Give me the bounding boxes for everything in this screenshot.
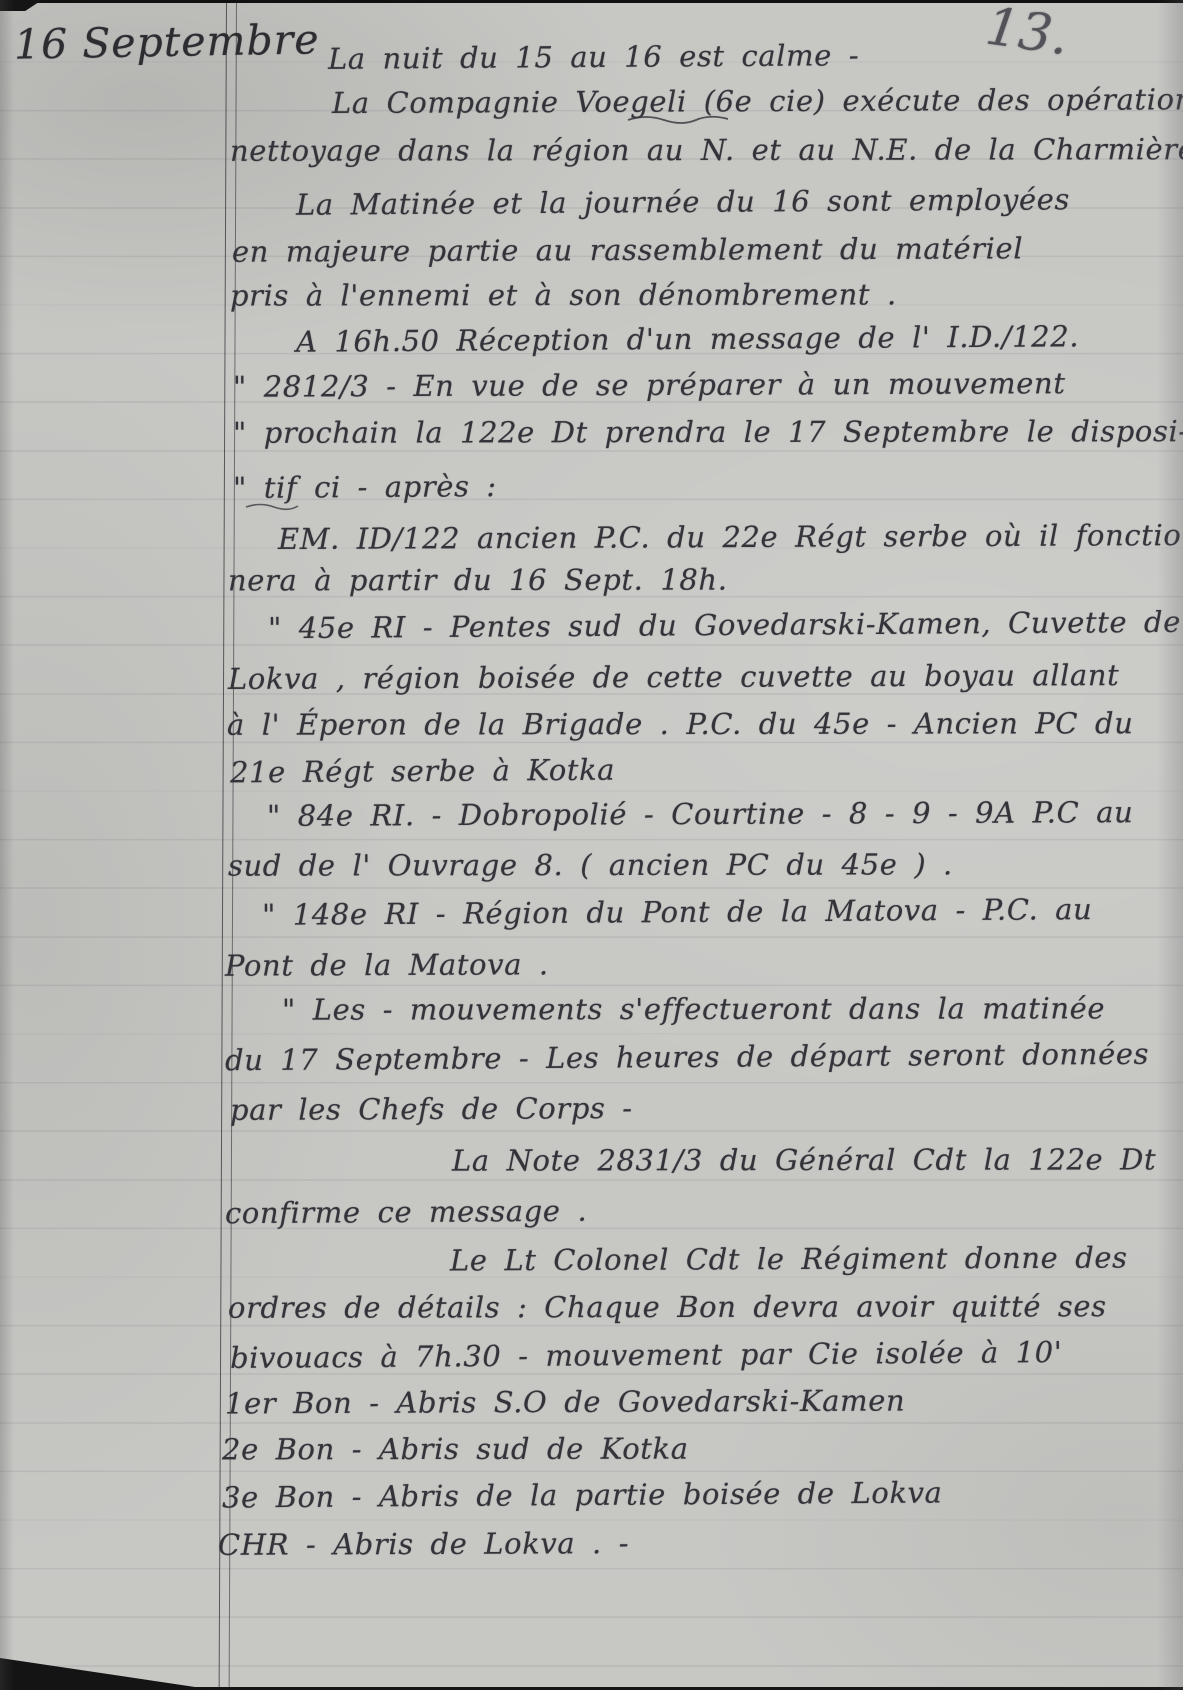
- handwritten-line: 1er Bon - Abris S.O de Govedarski-Kamen: [225, 1384, 905, 1421]
- squiggle-underline: [626, 112, 730, 126]
- handwritten-line: à l' Éperon de la Brigade . P.C. du 45e …: [227, 706, 1134, 742]
- handwritten-line: par les Chefs de Corps -: [230, 1091, 633, 1127]
- handwritten-line: " prochain la 122e Dt prendra le 17 Sept…: [233, 414, 1183, 450]
- handwritten-line: ordres de détails : Chaque Bon devra avo…: [228, 1289, 1107, 1325]
- handwritten-line: Lokva , région boisée de cette cuvette a…: [228, 658, 1120, 696]
- handwritten-line: 2e Bon - Abris sud de Kotka: [222, 1432, 689, 1467]
- handwritten-line: bivouacs à 7h.30 - mouvement par Cie iso…: [230, 1335, 1063, 1375]
- handwritten-line: " 2812/3 - En vue de se préparer à un mo…: [233, 366, 1066, 404]
- journal-page: 16 Septembre 13. La nuit du 15 au 16 est…: [0, 0, 1183, 1690]
- handwritten-line: La Compagnie Voegeli (6e cie) exécute de…: [332, 82, 1183, 120]
- handwritten-line: EM. ID/122 ancien P.C. du 22e Régt serbe…: [278, 518, 1183, 556]
- margin-date: 16 Septembre: [14, 15, 320, 68]
- scan-shadow-left: [0, 0, 14, 1690]
- handwritten-line: CHR - Abris de Lokva . -: [218, 1526, 629, 1562]
- handwritten-line: " 45e RI - Pentes sud du Govedarski-Kame…: [268, 605, 1181, 645]
- scan-edge-bottom-wedge: [0, 1658, 215, 1690]
- handwritten-line: " 84e RI. - Dobropolié - Courtine - 8 - …: [267, 795, 1133, 833]
- handwritten-line: sud de l' Ouvrage 8. ( ancien PC du 45e …: [228, 847, 953, 882]
- handwritten-line: La nuit du 15 au 16 est calme -: [328, 38, 859, 76]
- scan-shadow-right: [1157, 0, 1183, 1690]
- scan-edge-top: [0, 0, 1183, 3]
- handwritten-line: du 17 Septembre - Les heures de départ s…: [225, 1037, 1149, 1077]
- handwritten-line: 3e Bon - Abris de la partie boisée de Lo…: [222, 1475, 943, 1514]
- handwritten-line: " 148e RI - Région du Pont de la Matova …: [262, 892, 1093, 932]
- handwritten-line: nettoyage dans la région au N. et au N.E…: [230, 132, 1183, 168]
- handwritten-line: La Matinée et la journée du 16 sont empl…: [296, 182, 1070, 221]
- handwritten-line: nera à partir du 16 Sept. 18h.: [228, 563, 728, 598]
- handwritten-line: Le Lt Colonel Cdt le Régiment donne des: [450, 1241, 1128, 1278]
- squiggle-underline: [244, 500, 300, 512]
- handwritten-line: A 16h.50 Réception d'un message de l' I.…: [296, 319, 1079, 358]
- page-corner-mark: 13.: [982, 0, 1072, 67]
- handwritten-line: pris à l'ennemi et à son dénombrement .: [230, 277, 897, 312]
- handwritten-line: 21e Régt serbe à Kotka: [230, 753, 615, 790]
- handwritten-line: Pont de la Matova .: [225, 947, 549, 982]
- handwritten-line: " Les - mouvements s'effectueront dans l…: [282, 991, 1105, 1026]
- handwritten-line: La Note 2831/3 du Général Cdt la 122e Dt: [452, 1142, 1156, 1177]
- handwritten-line: confirme ce message .: [225, 1194, 587, 1231]
- handwritten-line: en majeure partie au rassemblement du ma…: [232, 231, 1023, 268]
